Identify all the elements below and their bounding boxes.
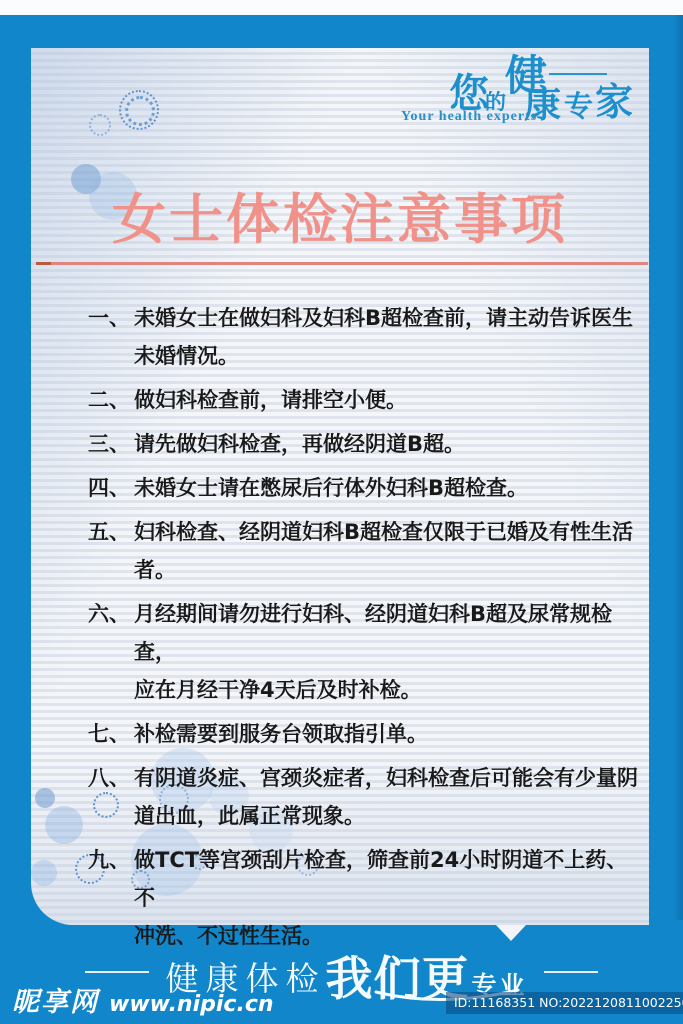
list-item: 一、 未婚女士在做妇科及妇科B超检查前，请主动告诉医生 未婚情况。 (88, 299, 644, 375)
logo-char-nin: 您 (449, 74, 489, 114)
list-item: 三、 请先做妇科检查，再做经阴道B超。 (88, 425, 644, 463)
item-text: 补检需要到服务台领取指引单。 (134, 715, 644, 753)
health-poster: 您 的 健 康 专 家 Your health experts 女士体检注意事项… (0, 0, 683, 1024)
item-number: 五、 (88, 513, 134, 589)
notice-list: 一、 未婚女士在做妇科及妇科B超检查前，请主动告诉医生 未婚情况。 二、 做妇科… (88, 299, 644, 961)
title-divider-cap (36, 262, 51, 265)
item-text: 未婚女士请在憋尿后行体外妇科B超检查。 (134, 469, 644, 507)
list-item: 八、 有阴道炎症、宫颈炎症者，妇科检查后可能会有少量阴 道出血，此属正常现象。 (88, 759, 644, 835)
item-number: 四、 (88, 469, 134, 507)
item-text: 请先做妇科检查，再做经阴道B超。 (134, 425, 644, 463)
decor-circle (35, 788, 55, 808)
top-white-strip (0, 0, 683, 15)
item-number: 七、 (88, 715, 134, 753)
logo-char-zhuan: 专 (564, 92, 593, 121)
item-text: 有阴道炎症、宫颈炎症者，妇科检查后可能会有少量阴 道出血，此属正常现象。 (134, 759, 644, 835)
list-item: 二、 做妇科检查前，请排空小便。 (88, 381, 644, 419)
item-number: 三、 (88, 425, 134, 463)
item-number: 二、 (88, 381, 134, 419)
watermark: 昵享网 www.nipic.cn (12, 980, 274, 1019)
image-id-badge: ID:11168351 NO:20221208110022508120 (446, 992, 683, 1014)
list-item: 六、 月经期间请勿进行妇科、经阴道妇科B超及尿常规检查， 应在月经干净4天后及时… (88, 595, 644, 709)
right-edge-shadow (674, 15, 683, 920)
item-number: 六、 (88, 595, 134, 709)
logo-accent-line (549, 73, 607, 75)
decor-dotted-circle (89, 114, 111, 136)
item-text: 做TCT等宫颈刮片检查，筛查前24小时阴道不上药、不 冲洗、不过性生活。 (134, 841, 644, 955)
title-divider-line (36, 262, 648, 265)
item-text: 妇科检查、经阴道妇科B超检查仅限于已婚及有性生活 者。 (134, 513, 644, 589)
decor-circle (45, 806, 83, 844)
watermark-site-name: 昵享网 (12, 980, 99, 1019)
item-number: 八、 (88, 759, 134, 835)
list-item: 九、 做TCT等宫颈刮片检查，筛查前24小时阴道不上药、不 冲洗、不过性生活。 (88, 841, 644, 955)
item-text: 未婚女士在做妇科及妇科B超检查前，请主动告诉医生 未婚情况。 (134, 299, 644, 375)
decor-dotted-circle (125, 96, 155, 126)
poster-title: 女士体检注意事项 (31, 190, 649, 249)
slogan-right-line (544, 971, 598, 973)
decor-circle (31, 860, 57, 886)
watermark-url: www.nipic.cn (109, 992, 274, 1017)
list-item: 四、 未婚女士请在憋尿后行体外妇科B超检查。 (88, 469, 644, 507)
list-item: 七、 补检需要到服务台领取指引单。 (88, 715, 644, 753)
panel-pointer-notch (496, 925, 526, 941)
logo-english-tagline: Your health experts (401, 109, 537, 125)
list-item: 五、 妇科检查、经阴道妇科B超检查仅限于已婚及有性生活 者。 (88, 513, 644, 589)
item-text: 月经期间请勿进行妇科、经阴道妇科B超及尿常规检查， 应在月经干净4天后及时补检。 (134, 595, 644, 709)
item-number: 一、 (88, 299, 134, 375)
item-text: 做妇科检查前，请排空小便。 (134, 381, 644, 419)
item-number: 九、 (88, 841, 134, 955)
slogan-left-line (85, 971, 149, 973)
logo-char-jia: 家 (595, 83, 633, 121)
